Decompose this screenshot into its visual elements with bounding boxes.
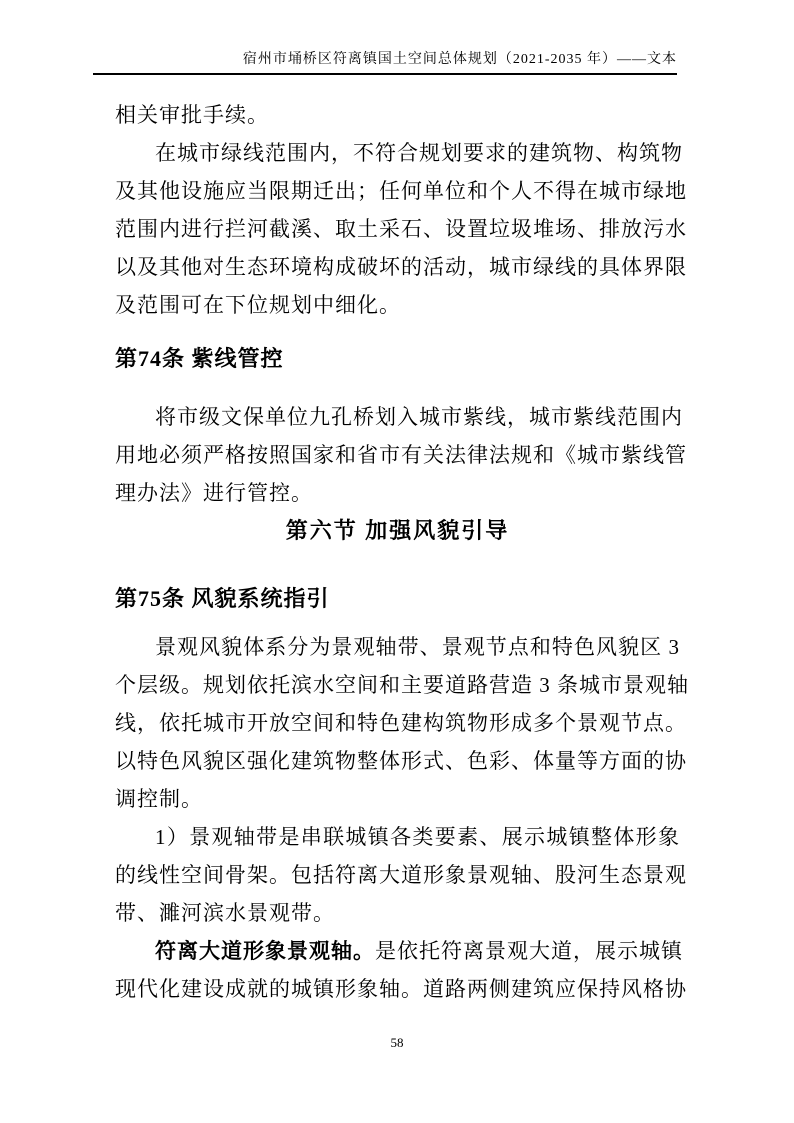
body-line: 现代化建设成就的城镇形象轴。道路两侧建筑应保持风格协 — [115, 970, 680, 1008]
paragraph: 相关审批手续。 — [115, 96, 680, 134]
body-line: 的线性空间骨架。包括符离大道形象景观轴、股河生态景观 — [115, 856, 680, 894]
paragraph: 在城市绿线范围内，不符合规划要求的建筑物、构筑物 及其他设施应当限期迁出；任何单… — [115, 134, 680, 324]
body-line: 在城市绿线范围内，不符合规划要求的建筑物、构筑物 — [115, 134, 680, 172]
body-text-run: 是依托符离景观大道，展示城镇 — [375, 939, 683, 963]
body-line: 及范围可在下位规划中细化。 — [115, 286, 680, 324]
body-line: 1）景观轴带是串联城镇各类要素、展示城镇整体形象 — [115, 818, 680, 856]
article-heading-74: 第74条 紫线管控 — [115, 340, 680, 378]
paragraph: 1）景观轴带是串联城镇各类要素、展示城镇整体形象 的线性空间骨架。包括符离大道形… — [115, 818, 680, 932]
page-number: 58 — [0, 1035, 794, 1051]
body-line: 景观风貌体系分为景观轴带、景观节点和特色风貌区 3 — [115, 628, 680, 666]
section-heading-6: 第六节 加强风貌引导 — [115, 512, 680, 550]
paragraph: 将市级文保单位九孔桥划入城市紫线，城市紫线范围内 用地必须严格按照国家和省市有关… — [115, 398, 680, 512]
body-line: 及其他设施应当限期迁出；任何单位和个人不得在城市绿地 — [115, 172, 680, 210]
document-page: 宿州市埇桥区符离镇国土空间总体规划（2021-2035 年）——文本 相关审批手… — [0, 0, 794, 1123]
body-line: 符离大道形象景观轴。是依托符离景观大道，展示城镇 — [115, 932, 680, 970]
body-line: 带、濉河滨水景观带。 — [115, 894, 680, 932]
paragraph: 景观风貌体系分为景观轴带、景观节点和特色风貌区 3 个层级。规划依托滨水空间和主… — [115, 628, 680, 818]
body-line: 调控制。 — [115, 780, 680, 818]
header-rule — [93, 73, 677, 75]
body-line: 以特色风貌区强化建筑物整体形式、色彩、体量等方面的协 — [115, 742, 680, 780]
page-header-title: 宿州市埇桥区符离镇国土空间总体规划（2021-2035 年）——文本 — [93, 50, 677, 70]
body-line: 用地必须严格按照国家和省市有关法律法规和《城市紫线管 — [115, 436, 680, 474]
body-line: 个层级。规划依托滨水空间和主要道路营造 3 条城市景观轴 — [115, 666, 680, 704]
paragraph: 符离大道形象景观轴。是依托符离景观大道，展示城镇 现代化建设成就的城镇形象轴。道… — [115, 932, 680, 1008]
body-line: 线，依托城市开放空间和特色建构筑物形成多个景观节点。 — [115, 704, 680, 742]
article-heading-75: 第75条 风貌系统指引 — [115, 580, 680, 618]
body-line: 范围内进行拦河截溪、取土采石、设置垃圾堆场、排放污水 — [115, 210, 680, 248]
body-line: 相关审批手续。 — [115, 96, 680, 134]
bold-run-fuli-avenue: 符离大道形象景观轴。 — [155, 939, 375, 963]
body-line: 理办法》进行管控。 — [115, 474, 680, 512]
body-line: 将市级文保单位九孔桥划入城市紫线，城市紫线范围内 — [115, 398, 680, 436]
document-body: 相关审批手续。 在城市绿线范围内，不符合规划要求的建筑物、构筑物 及其他设施应当… — [115, 96, 680, 1008]
body-line: 以及其他对生态环境构成破坏的活动，城市绿线的具体界限 — [115, 248, 680, 286]
